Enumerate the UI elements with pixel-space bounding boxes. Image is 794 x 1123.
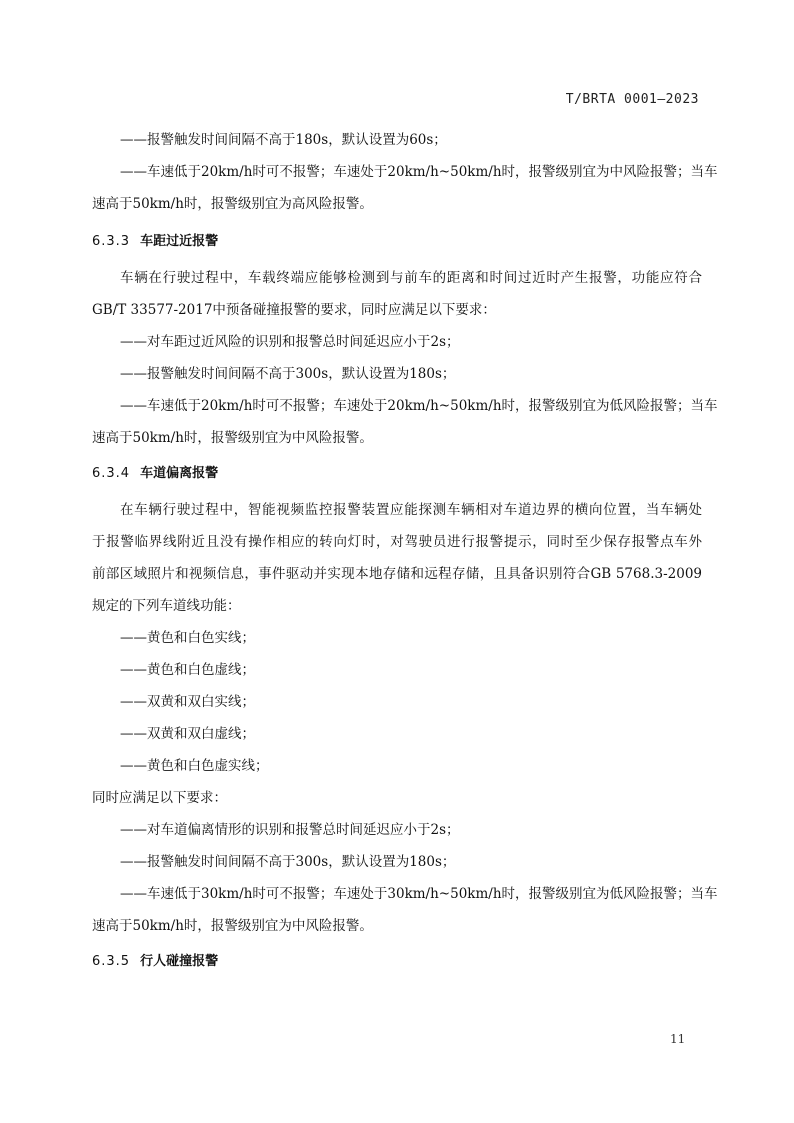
- list-item-continuation: 速高于50km/h时，报警级别宜为中风险报警。: [92, 916, 373, 936]
- paragraph-continuation: 前部区域照片和视频信息，事件驱动并实现本地存储和远程存储，且具备识别符合GB 5…: [92, 564, 702, 584]
- page-number: 11: [670, 1032, 685, 1046]
- list-item: ——黄色和白色实线；: [120, 628, 255, 648]
- section-title: 车道偏离报警: [140, 466, 218, 481]
- paragraph-continuation: 于报警临界线附近且没有操作相应的转向灯时，对驾驶员进行报警提示，同时至少保存报警…: [92, 532, 702, 552]
- list-item-continuation: 速高于50km/h时，报警级别宜为高风险报警。: [92, 194, 373, 214]
- list-item: ——对车道偏离情形的识别和报警总时间延迟应小于2s；: [120, 820, 460, 840]
- section-number: 6.3.4: [92, 466, 130, 481]
- list-item: ——双黄和双白虚线；: [120, 724, 255, 744]
- list-item: ——车速低于20km/h时可不报警；车速处于20km/h~50km/h时，报警级…: [120, 396, 702, 416]
- section-title: 行人碰撞报警: [140, 954, 218, 969]
- list-item: ——双黄和双白实线；: [120, 692, 255, 712]
- list-item: ——车速低于30km/h时可不报警；车速处于30km/h~50km/h时，报警级…: [120, 884, 702, 904]
- list-item-continuation: 速高于50km/h时，报警级别宜为中风险报警。: [92, 428, 373, 448]
- paragraph-continuation: GB/T 33577-2017中预备碰撞报警的要求，同时应满足以下要求：: [92, 300, 496, 320]
- list-item: ——对车距过近风险的识别和报警总时间延迟应小于2s；: [120, 332, 460, 352]
- list-item: ——车速低于20km/h时可不报警；车速处于20km/h~50km/h时，报警级…: [120, 162, 702, 182]
- paragraph: 同时应满足以下要求：: [92, 788, 227, 808]
- paragraph-continuation: 规定的下列车道线功能：: [92, 596, 241, 616]
- list-item: ——黄色和白色虚实线；: [120, 756, 269, 776]
- section-number: 6.3.5: [92, 954, 130, 969]
- section-number: 6.3.3: [92, 234, 130, 249]
- paragraph: 车辆在行驶过程中，车载终端应能够检测到与前车的距离和时间过近时产生报警，功能应符…: [120, 268, 702, 288]
- section-title: 车距过近报警: [140, 234, 218, 249]
- section-heading-6-3-4: 6.3.4车道偏离报警: [92, 464, 218, 484]
- paragraph: 在车辆行驶过程中，智能视频监控报警装置应能探测车辆相对车道边界的横向位置，当车辆…: [120, 500, 702, 520]
- list-item: ——黄色和白色虚线；: [120, 660, 255, 680]
- list-item: ——报警触发时间间隔不高于300s，默认设置为180s；: [120, 852, 455, 872]
- list-item: ——报警触发时间间隔不高于180s，默认设置为60s；: [120, 130, 447, 150]
- list-item: ——报警触发时间间隔不高于300s，默认设置为180s；: [120, 364, 455, 384]
- document-id-header: T/BRTA 0001—2023: [566, 92, 699, 107]
- section-heading-6-3-3: 6.3.3车距过近报警: [92, 232, 218, 252]
- section-heading-6-3-5: 6.3.5行人碰撞报警: [92, 952, 218, 972]
